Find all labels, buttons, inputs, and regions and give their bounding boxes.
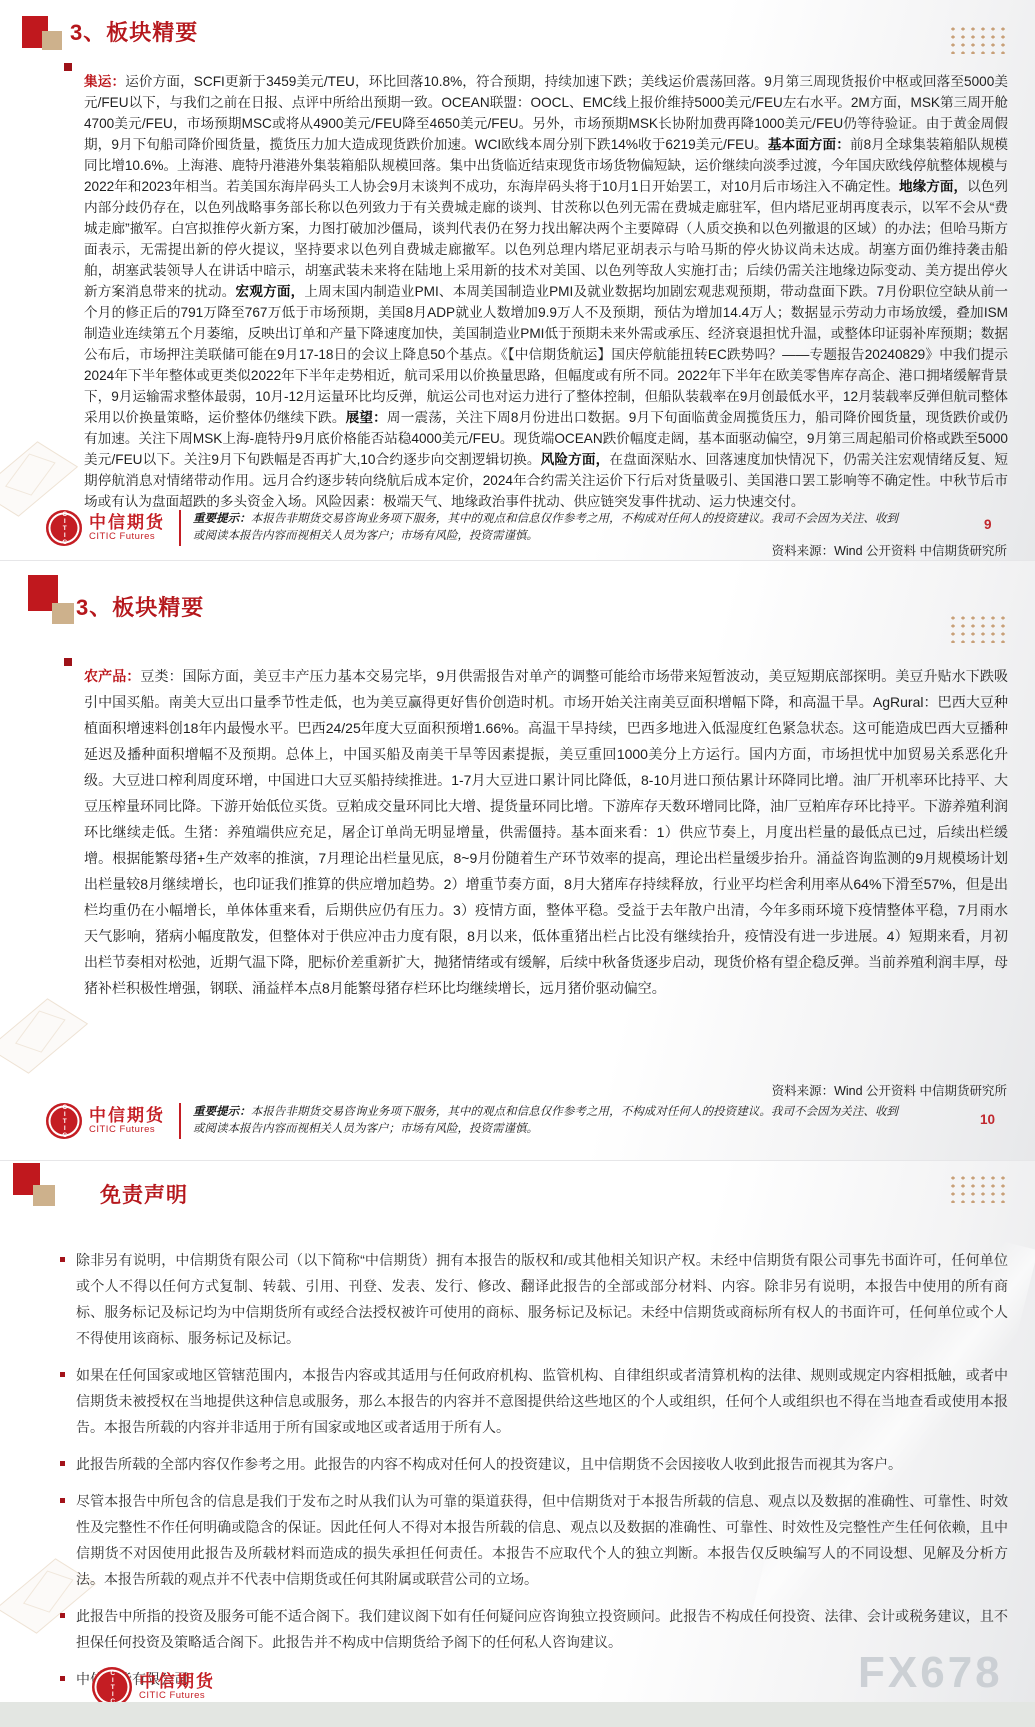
source-line: 资料来源：Wind 公开资料 中信期货研究所: [772, 1081, 1007, 1099]
origami-watermark: [0, 441, 78, 516]
header-tan-square-deco: [33, 1185, 55, 1206]
page-footer: CITIC 中信期货 CITIC Futures 重要提示：本报告非期货交易咨询…: [46, 510, 898, 546]
notice-label: 重要提示：: [193, 513, 251, 525]
footer-divider: [179, 1103, 181, 1139]
page-section-highlights-agriculture: 3、板块精要 农产品：豆类：国际方面，美豆丰产压力基本交易完毕，9月供需报告对单…: [0, 560, 1035, 1161]
logo-cn: 中信期货: [89, 1107, 165, 1125]
page-section-highlights-shipping: 3、板块精要 集运：运价方面，SCFI更新于3459美元/TEU，环比回落10.…: [0, 0, 1035, 560]
dot-grid-deco: [947, 1173, 1007, 1203]
citic-logo-circle-text: CITIC: [109, 1670, 116, 1705]
notice-label: 重要提示：: [193, 1106, 251, 1118]
logo-en: CITIC Futures: [89, 532, 165, 542]
header-tan-square-deco: [52, 603, 74, 624]
bullet-marker: [64, 63, 72, 71]
citic-logo-icon: CITIC: [46, 1103, 82, 1139]
disclaimer-item: 如果在任何国家或地区管辖范围内，本报告内容或其适用与任何政府机构、监管机构、自律…: [58, 1362, 1008, 1440]
citic-logo-text: 中信期货 CITIC Futures: [89, 1107, 165, 1135]
notice-text: 本报告非期货交易咨询业务项下服务，其中的观点和信息仅作参考之用，不构成对任何人的…: [193, 513, 898, 542]
page-disclaimer: 免责声明 除非另有说明，中信期货有限公司（以下简称“中信期货）拥有本报告的版权和…: [0, 1160, 1035, 1703]
important-notice: 重要提示：本报告非期货交易咨询业务项下服务，其中的观点和信息仅作参考之用，不构成…: [193, 511, 898, 545]
shipping-summary-paragraph: 集运：运价方面，SCFI更新于3459美元/TEU，环比回落10.8%，符合预期…: [84, 71, 1008, 512]
report-document: { "brand": { "logo_cn": "中信期货", "logo_en…: [0, 0, 1035, 1727]
origami-watermark: [0, 998, 88, 1073]
citic-logo-icon: CITIC: [92, 1667, 132, 1707]
disclaimer-item: 此报告所载的全部内容仅作参考之用。此报告的内容不构成对任何人的投资建议，且中信期…: [58, 1451, 1008, 1477]
dot-grid-deco: [947, 24, 1007, 54]
logo-en: CITIC Futures: [139, 1691, 215, 1701]
fx678-watermark: FX678: [858, 1648, 1003, 1698]
disclaimer-item: 尽管本报告中所包含的信息是我们于发布之时从我们认为可靠的渠道获得，但中信期货对于…: [58, 1488, 1008, 1592]
citic-logo-text: 中信期货 CITIC Futures: [89, 514, 165, 542]
logo-cn: 中信期货: [139, 1673, 215, 1691]
disclaimer-list: 除非另有说明，中信期货有限公司（以下简称“中信期货）拥有本报告的版权和/或其他相…: [58, 1247, 1008, 1703]
agriculture-summary-paragraph: 农产品：豆类：国际方面，美豆丰产压力基本交易完毕，9月供需报告对单产的调整可能给…: [84, 663, 1008, 1001]
bottom-logo: CITIC 中信期货 CITIC Futures: [92, 1667, 215, 1707]
citic-logo-circle-text: CITIC: [61, 511, 68, 546]
section-title: 3、板块精要: [70, 16, 198, 47]
disclaimer-item: 除非另有说明，中信期货有限公司（以下简称“中信期货）拥有本报告的版权和/或其他相…: [58, 1247, 1008, 1351]
important-notice: 重要提示：本报告非期货交易咨询业务项下服务，其中的观点和信息仅作参考之用，不构成…: [193, 1104, 898, 1138]
source-line: 资料来源：Wind 公开资料 中信期货研究所: [772, 541, 1007, 559]
citic-logo-icon: CITIC: [46, 510, 82, 546]
page-number: 10: [980, 1112, 995, 1127]
dot-grid-deco: [947, 613, 1007, 643]
page-number: 9: [984, 517, 992, 532]
footer-divider: [179, 510, 181, 546]
bullet-marker: [64, 658, 72, 666]
section-title: 免责声明: [100, 1179, 188, 1209]
citic-logo-text: 中信期货 CITIC Futures: [139, 1673, 215, 1701]
bottom-strip: [0, 1702, 1035, 1727]
notice-text: 本报告非期货交易咨询业务项下服务，其中的观点和信息仅作参考之用，不构成对任何人的…: [193, 1106, 898, 1135]
logo-en: CITIC Futures: [89, 1125, 165, 1135]
section-title: 3、板块精要: [76, 591, 204, 622]
header-tan-square-deco: [42, 31, 62, 50]
logo-cn: 中信期货: [89, 514, 165, 532]
citic-logo-circle-text: CITIC: [61, 1104, 68, 1139]
page-footer: CITIC 中信期货 CITIC Futures 重要提示：本报告非期货交易咨询…: [46, 1103, 898, 1139]
